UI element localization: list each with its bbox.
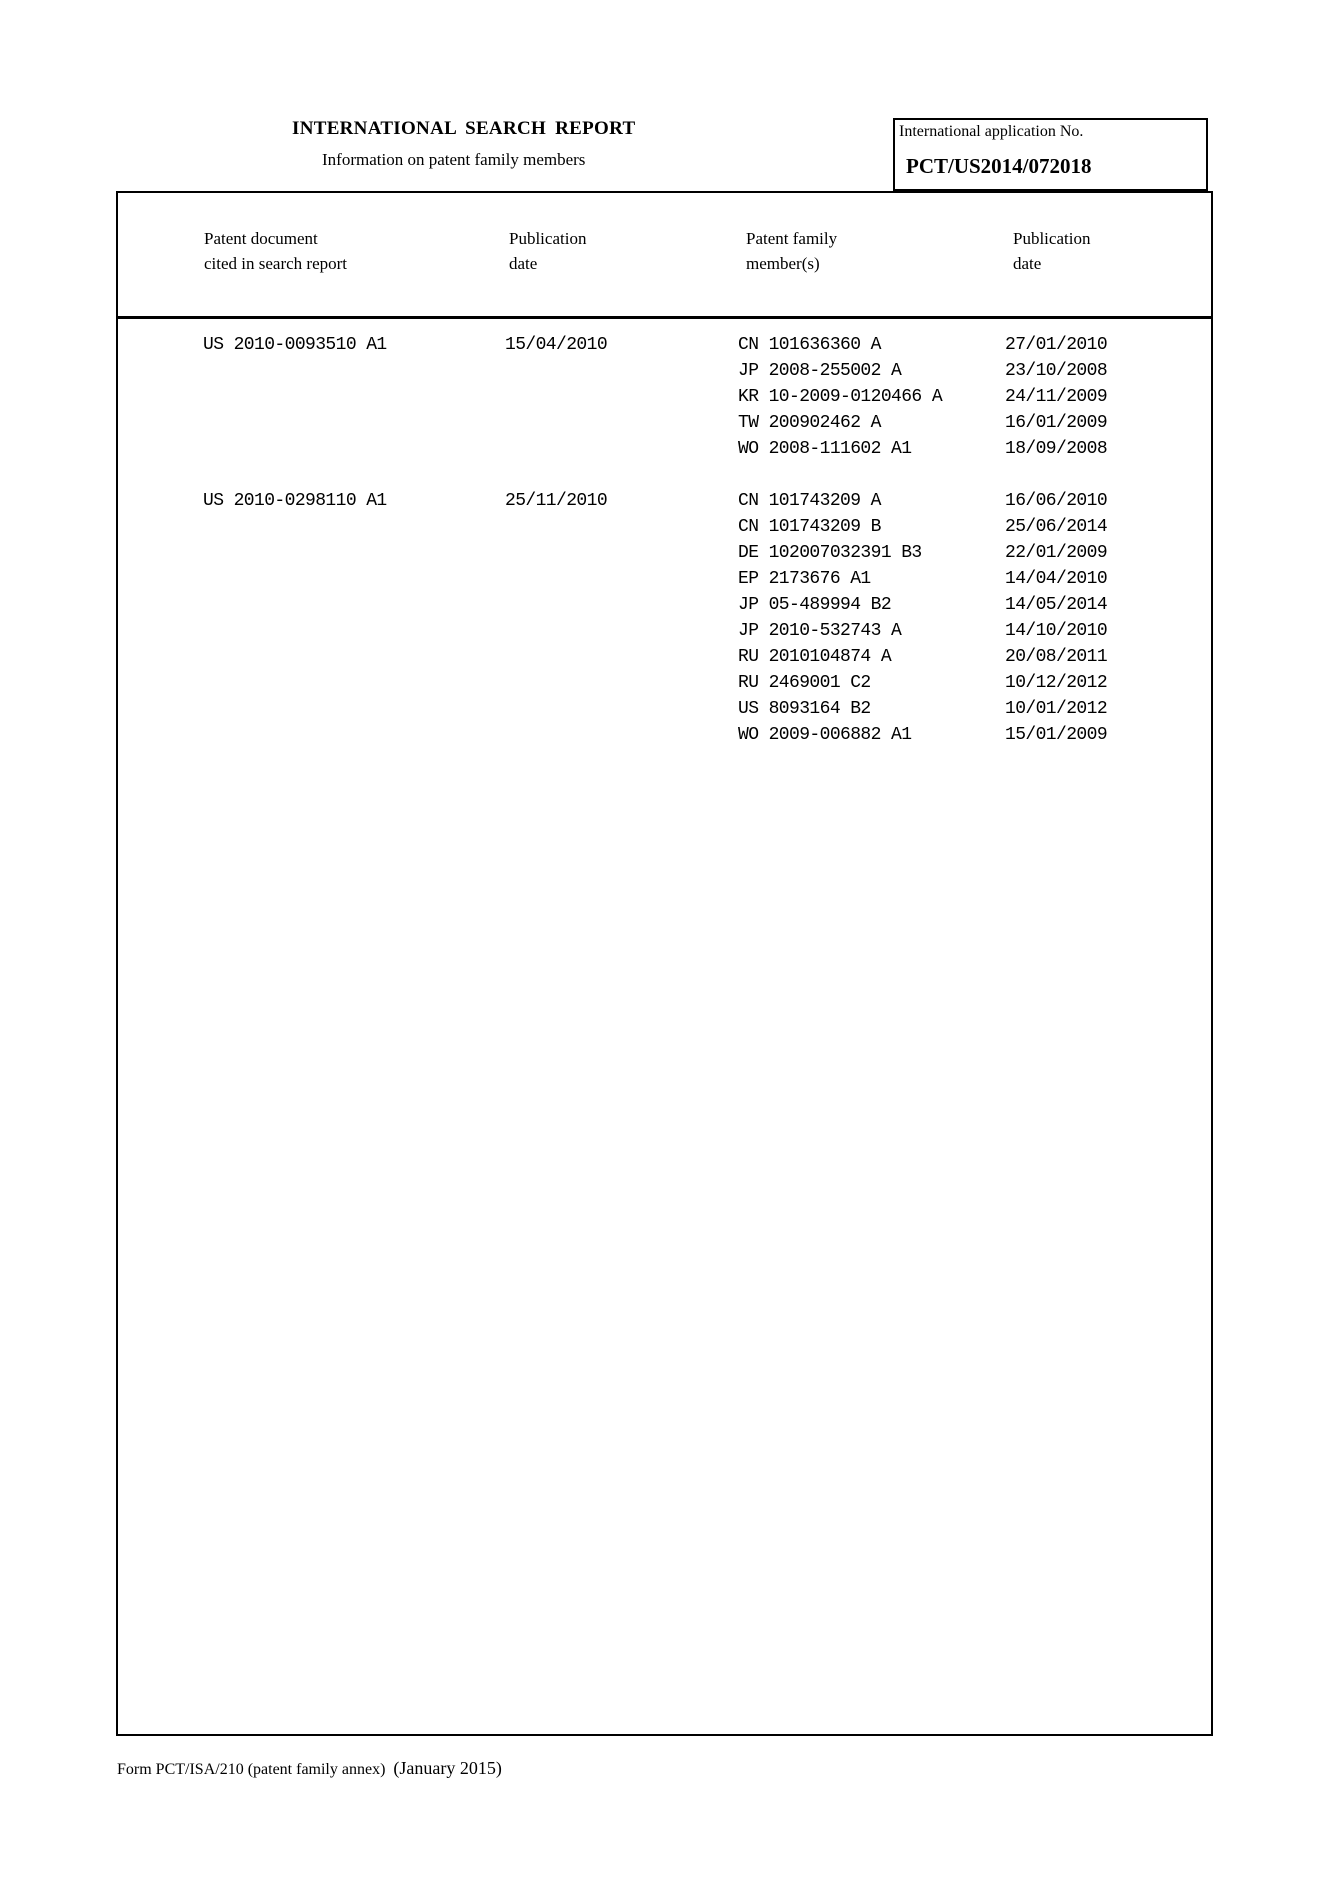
family-member-document: WO 2009-006882 A1 — [738, 722, 911, 748]
header-divider — [116, 316, 1213, 319]
column-header-line: Patent document — [204, 226, 347, 251]
report-subtitle: Information on patent family members — [322, 150, 585, 170]
family-member-document: WO 2008-111602 A1 — [738, 436, 911, 462]
column-header-line: Publication — [509, 226, 586, 251]
family-member-date: 14/04/2010 — [1005, 566, 1107, 592]
family-member-document: DE 102007032391 B3 — [738, 540, 922, 566]
column-header-line: date — [509, 251, 586, 276]
family-member-date: 14/10/2010 — [1005, 618, 1107, 644]
cited-document: US 2010-0298110 A1 — [203, 488, 387, 514]
family-member-document: US 8093164 B2 — [738, 696, 871, 722]
family-member-date: 15/01/2009 — [1005, 722, 1107, 748]
family-member-date: 14/05/2014 — [1005, 592, 1107, 618]
family-member-document: KR 10-2009-0120466 A — [738, 384, 942, 410]
family-member-date: 16/01/2009 — [1005, 410, 1107, 436]
family-member-document: JP 2010-532743 A — [738, 618, 901, 644]
application-number-label: International application No. — [899, 123, 1083, 141]
column-header-publication-date: Publication date — [509, 226, 586, 276]
family-member-date: 20/08/2011 — [1005, 644, 1107, 670]
family-member-date: 10/01/2012 — [1005, 696, 1107, 722]
form-footer: Form PCT/ISA/210 (patent family annex)(J… — [117, 1758, 502, 1779]
family-member-document: CN 101743209 B — [738, 514, 881, 540]
family-member-document: CN 101636360 A — [738, 332, 881, 358]
cited-publication-date: 25/11/2010 — [505, 488, 607, 514]
cited-document: US 2010-0093510 A1 — [203, 332, 387, 358]
family-member-document: CN 101743209 A — [738, 488, 881, 514]
family-member-document: JP 2008-255002 A — [738, 358, 901, 384]
family-member-date: 10/12/2012 — [1005, 670, 1107, 696]
application-number-box: International application No. PCT/US2014… — [893, 118, 1208, 191]
family-member-document: JP 05-489994 B2 — [738, 592, 891, 618]
form-edition: (January 2015) — [393, 1758, 501, 1778]
family-member-date: 24/11/2009 — [1005, 384, 1107, 410]
family-member-date: 18/09/2008 — [1005, 436, 1107, 462]
column-header-family-members: Patent family member(s) — [746, 226, 837, 276]
family-member-date: 23/10/2008 — [1005, 358, 1107, 384]
report-title: INTERNATIONAL SEARCH REPORT — [292, 118, 635, 140]
family-member-document: RU 2010104874 A — [738, 644, 891, 670]
family-member-date: 22/01/2009 — [1005, 540, 1107, 566]
family-member-date: 25/06/2014 — [1005, 514, 1107, 540]
family-member-date: 27/01/2010 — [1005, 332, 1107, 358]
family-member-document: EP 2173676 A1 — [738, 566, 871, 592]
column-header-line: Publication — [1013, 226, 1090, 251]
column-header-line: date — [1013, 251, 1090, 276]
column-header-line: Patent family — [746, 226, 837, 251]
form-identifier: Form PCT/ISA/210 (patent family annex) — [117, 1761, 385, 1778]
family-member-document: TW 200902462 A — [738, 410, 881, 436]
column-header-member-date: Publication date — [1013, 226, 1090, 276]
application-number: PCT/US2014/072018 — [906, 154, 1092, 179]
column-header-line: cited in search report — [204, 251, 347, 276]
cited-publication-date: 15/04/2010 — [505, 332, 607, 358]
column-header-line: member(s) — [746, 251, 837, 276]
family-member-date: 16/06/2010 — [1005, 488, 1107, 514]
family-member-document: RU 2469001 C2 — [738, 670, 871, 696]
column-header-cited-document: Patent document cited in search report — [204, 226, 347, 276]
